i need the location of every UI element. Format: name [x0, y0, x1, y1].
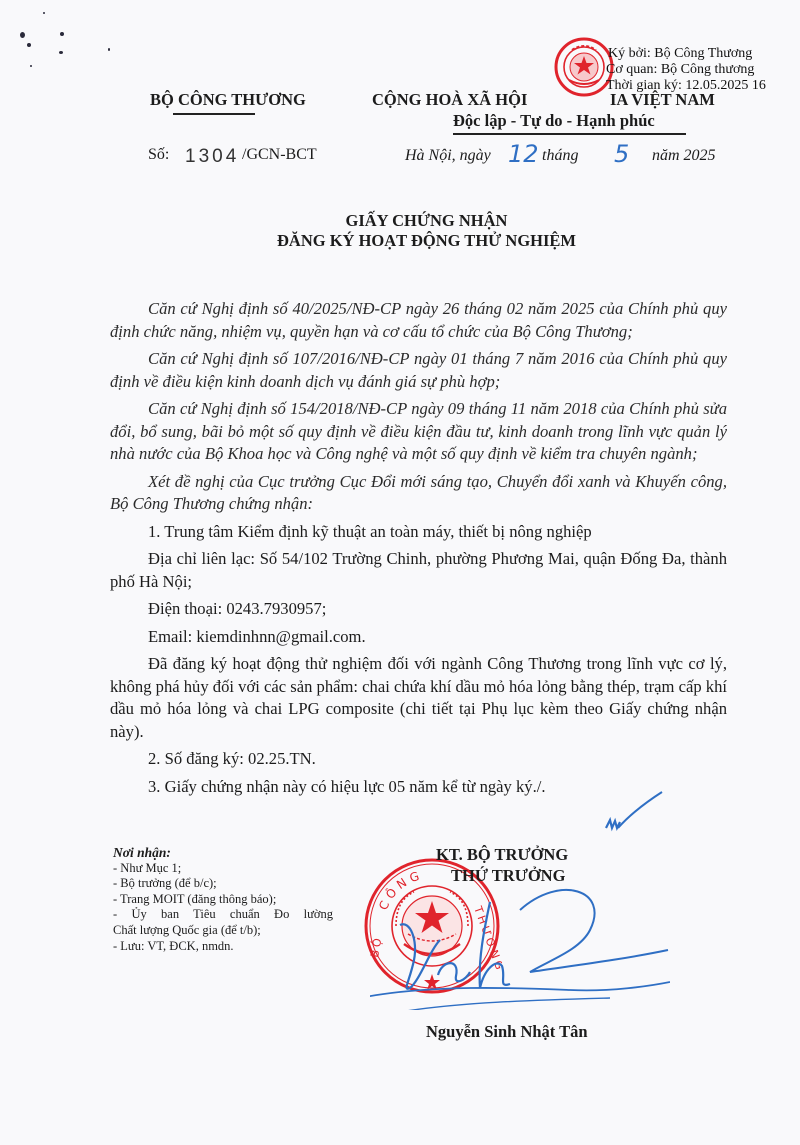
document-page: BỘ CÔNG THƯƠNG CỘNG HOÀ XÃ HỘI IA VIỆT N…	[0, 0, 800, 1145]
contact-email[interactable]: Email: kiemdinhnn@gmail.com.	[110, 626, 727, 649]
recipients-list: Nơi nhận: - Như Mục 1; - Bộ trưởng (để b…	[113, 845, 333, 954]
scan-speck	[43, 12, 45, 14]
date-day-handwritten: 12	[508, 140, 539, 168]
scan-speck	[59, 51, 63, 54]
doc-title: GIẤY CHỨNG NHẬN	[0, 211, 800, 231]
item-2-registration-number: 2. Số đăng ký: 02.25.TN.	[110, 748, 727, 771]
scan-speck	[27, 43, 31, 47]
recipient-item: - Lưu: VT, ĐCK, nmdn.	[113, 939, 333, 955]
doc-number-label: Số:	[148, 146, 169, 164]
legal-basis-1: Căn cứ Nghị định số 40/2025/NĐ-CP ngày 2…	[110, 298, 727, 343]
initial-checkmark-icon	[604, 790, 674, 840]
scan-speck	[108, 48, 110, 51]
recipients-heading: Nơi nhận:	[113, 845, 333, 861]
recipient-item: - Bộ trưởng (để b/c);	[113, 876, 333, 892]
date-year: năm 2025	[652, 147, 716, 165]
item-1-organization: 1. Trung tâm Kiểm định kỹ thuật an toàn …	[110, 521, 727, 544]
digital-signed-time: Thời gian ký: 12.05.2025 16	[606, 78, 766, 94]
legal-basis-3: Căn cứ Nghị định số 154/2018/NĐ-CP ngày …	[110, 398, 727, 466]
scan-speck	[30, 65, 32, 67]
scan-speck	[20, 32, 25, 38]
doc-number: 1304	[185, 146, 239, 168]
signer-name: Nguyễn Sinh Nhật Tân	[426, 1022, 588, 1042]
recipient-item: - Trang MOIT (đăng thông báo);	[113, 892, 333, 908]
digital-signer: Ký bởi: Bộ Công Thương	[608, 46, 752, 62]
doc-number-suffix: /GCN-BCT	[242, 146, 317, 164]
doc-subtitle: ĐĂNG KÝ HOẠT ĐỘNG THỬ NGHIỆM	[0, 231, 800, 251]
scan-speck	[60, 32, 64, 36]
digital-signer-org: Cơ quan: Bộ Công thương	[606, 62, 754, 78]
legal-basis-2: Căn cứ Nghị định số 107/2016/NĐ-CP ngày …	[110, 348, 727, 393]
agency-underline	[173, 113, 255, 115]
issuing-agency: BỘ CÔNG THƯƠNG	[150, 90, 306, 110]
nation-name-part1: CỘNG HOÀ XÃ HỘI	[372, 90, 527, 110]
registration-scope: Đã đăng ký hoạt động thử nghiệm đối với …	[110, 653, 727, 743]
national-motto: Độc lập - Tự do - Hạnh phúc	[453, 111, 655, 131]
proposal: Xét đề nghị của Cục trưởng Cục Đổi mới s…	[110, 471, 727, 516]
date-prefix: Hà Nội, ngày	[405, 147, 491, 165]
handwritten-signature-icon	[370, 880, 670, 1010]
doc-body: Căn cứ Nghị định số 40/2025/NĐ-CP ngày 2…	[110, 298, 727, 803]
signer-title-primary: KT. BỘ TRƯỞNG	[436, 845, 568, 865]
contact-address: Địa chỉ liên lạc: Số 54/102 Trường Chinh…	[110, 548, 727, 593]
date-month-label: tháng	[542, 147, 578, 165]
recipient-item: - Ủy ban Tiêu chuẩn Đo lường	[113, 907, 333, 923]
contact-phone: Điện thoại: 0243.7930957;	[110, 598, 727, 621]
date-month-handwritten: 5	[614, 140, 629, 168]
recipient-item: - Như Mục 1;	[113, 861, 333, 877]
motto-underline	[453, 133, 686, 135]
recipient-item: Chất lượng Quốc gia (để t/b);	[113, 923, 333, 939]
